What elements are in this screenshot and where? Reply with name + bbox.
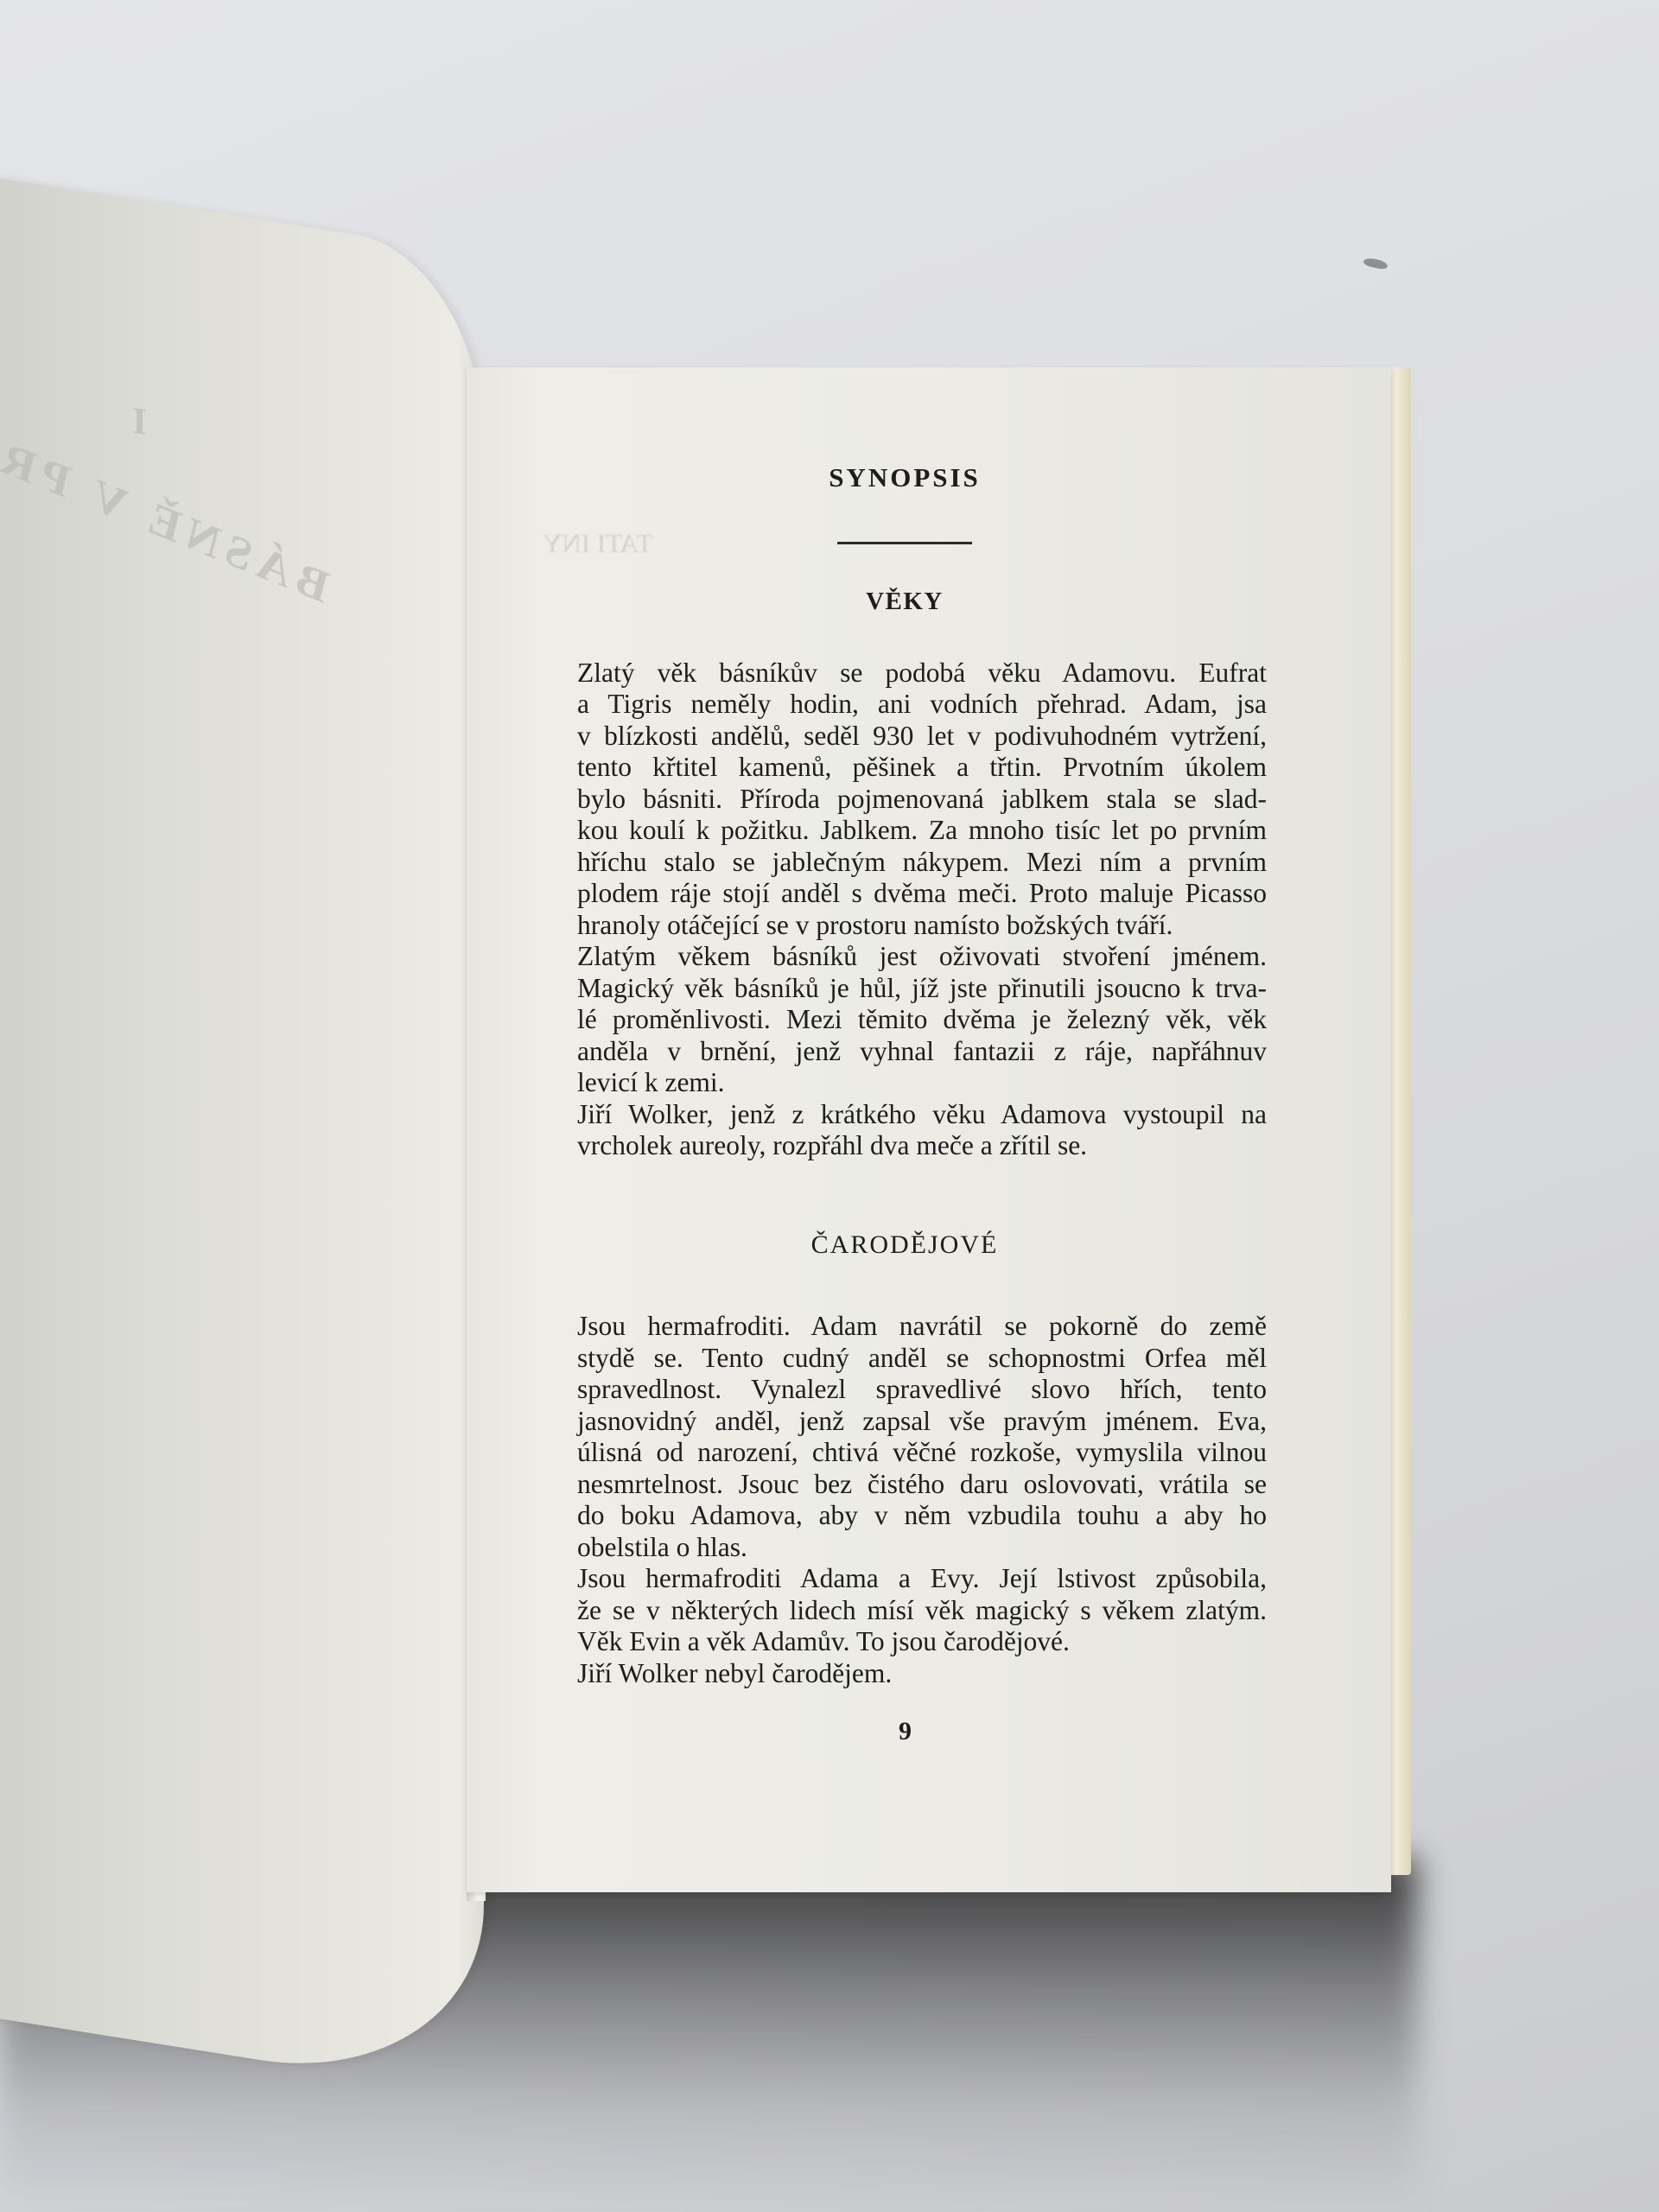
text-line: Jsou hermafroditi Adama a Evy. Její lsti… bbox=[543, 1563, 1267, 1595]
paragraph: Jsou hermafroditi. Adam navrátil se poko… bbox=[543, 1311, 1267, 1563]
text-line: kou koulí k požitku. Jablkem. Za mnoho t… bbox=[543, 815, 1267, 847]
paragraph: Jsou hermafroditi Adama a Evy. Její lsti… bbox=[543, 1563, 1267, 1658]
section-body-carodejove: Jsou hermafroditi. Adam navrátil se poko… bbox=[543, 1311, 1267, 1689]
paragraph: Jiří Wolker, jenž z krátkého věku Adamov… bbox=[543, 1099, 1267, 1162]
text-line: Zlatý věk básníkův se podobá věku Adamov… bbox=[543, 658, 1267, 690]
left-page-show-through: I BÁSNĚ V PRÓ bbox=[0, 173, 484, 2095]
page-number: 9 bbox=[899, 1717, 912, 1746]
paragraph: Zlatým věkem básníků jest oživovati stvo… bbox=[543, 941, 1267, 1099]
text-line: lé proměnlivosti. Mezi těmito dvěma je ž… bbox=[543, 1004, 1267, 1036]
section-body-veky: Zlatý věk básníkův se podobá věku Adamov… bbox=[543, 658, 1267, 1162]
text-line: obelstila o hlas. bbox=[543, 1532, 1267, 1564]
text-line: Jiří Wolker, jenž z krátkého věku Adamov… bbox=[543, 1099, 1267, 1131]
text-line: vrcholek aureoly, rozpřáhl dva meče a zř… bbox=[543, 1130, 1267, 1162]
text-line: plodem ráje stojí anděl s dvěma meči. Pr… bbox=[543, 878, 1267, 910]
left-page: I BÁSNĚ V PRÓ bbox=[0, 173, 484, 2095]
show-through-numeral: I bbox=[125, 397, 147, 444]
text-line: stydě se. Tento cudný anděl se schopnost… bbox=[543, 1343, 1267, 1375]
text-line: nesmrtelnost. Jsouc bez čistého daru osl… bbox=[543, 1469, 1267, 1501]
text-line: levicí k zemi. bbox=[543, 1067, 1267, 1099]
section-title-veky: VĚKY bbox=[543, 586, 1267, 618]
text-line: Věk Evin a věk Adamův. To jsou čarodějov… bbox=[543, 1626, 1267, 1658]
text-line: a Tigris neměly hodin, ani vodních přehr… bbox=[543, 689, 1267, 721]
text-line: že se v některých lidech mísí věk magick… bbox=[543, 1595, 1267, 1627]
paragraph: Jiří Wolker nebyl čarodějem. bbox=[543, 1658, 1267, 1690]
text-line: v blízkosti andělů, seděl 930 let v podi… bbox=[543, 721, 1267, 753]
text-line: Zlatým věkem básníků jest oživovati stvo… bbox=[543, 941, 1267, 973]
text-line: Jiří Wolker nebyl čarodějem. bbox=[543, 1658, 1267, 1690]
text-line: do boku Adamova, aby v něm vzbudila touh… bbox=[543, 1500, 1267, 1532]
text-line: Magický věk básníků je hůl, jíž jste při… bbox=[543, 973, 1267, 1005]
text-line: bylo básniti. Příroda pojmenovaná jablke… bbox=[543, 784, 1267, 816]
show-through-title: BÁSNĚ V PRÓ bbox=[0, 411, 334, 613]
section-title-carodejove: ČARODĚJOVÉ bbox=[543, 1230, 1267, 1262]
text-line: anděla v brnění, jenž vyhnal fantazii z … bbox=[543, 1036, 1267, 1068]
page-text-block: SYNOPSIS VĚKY Zlatý věk básníkův se podo… bbox=[543, 462, 1267, 1689]
text-line: hranoly otáčející se v prostoru namísto … bbox=[543, 910, 1267, 942]
text-line: Jsou hermafroditi. Adam navrátil se poko… bbox=[543, 1311, 1267, 1343]
surface-mark bbox=[1363, 257, 1388, 270]
title-rule bbox=[837, 542, 972, 544]
text-line: spravedlnost. Vynalezl spravedlivé slovo… bbox=[543, 1374, 1267, 1406]
text-line: hříchu stalo se jablečným nákypem. Mezi … bbox=[543, 847, 1267, 879]
text-line: jasnovidný anděl, jenž zapsal vše pravým… bbox=[543, 1406, 1267, 1438]
paragraph: Zlatý věk básníkův se podobá věku Adamov… bbox=[543, 658, 1267, 942]
running-head: SYNOPSIS bbox=[543, 462, 1267, 497]
text-line: tento křtitel kamenů, pěšinek a třtin. P… bbox=[543, 752, 1267, 784]
text-line: úlisná od narození, chtivá věčné rozkoše… bbox=[543, 1437, 1267, 1469]
